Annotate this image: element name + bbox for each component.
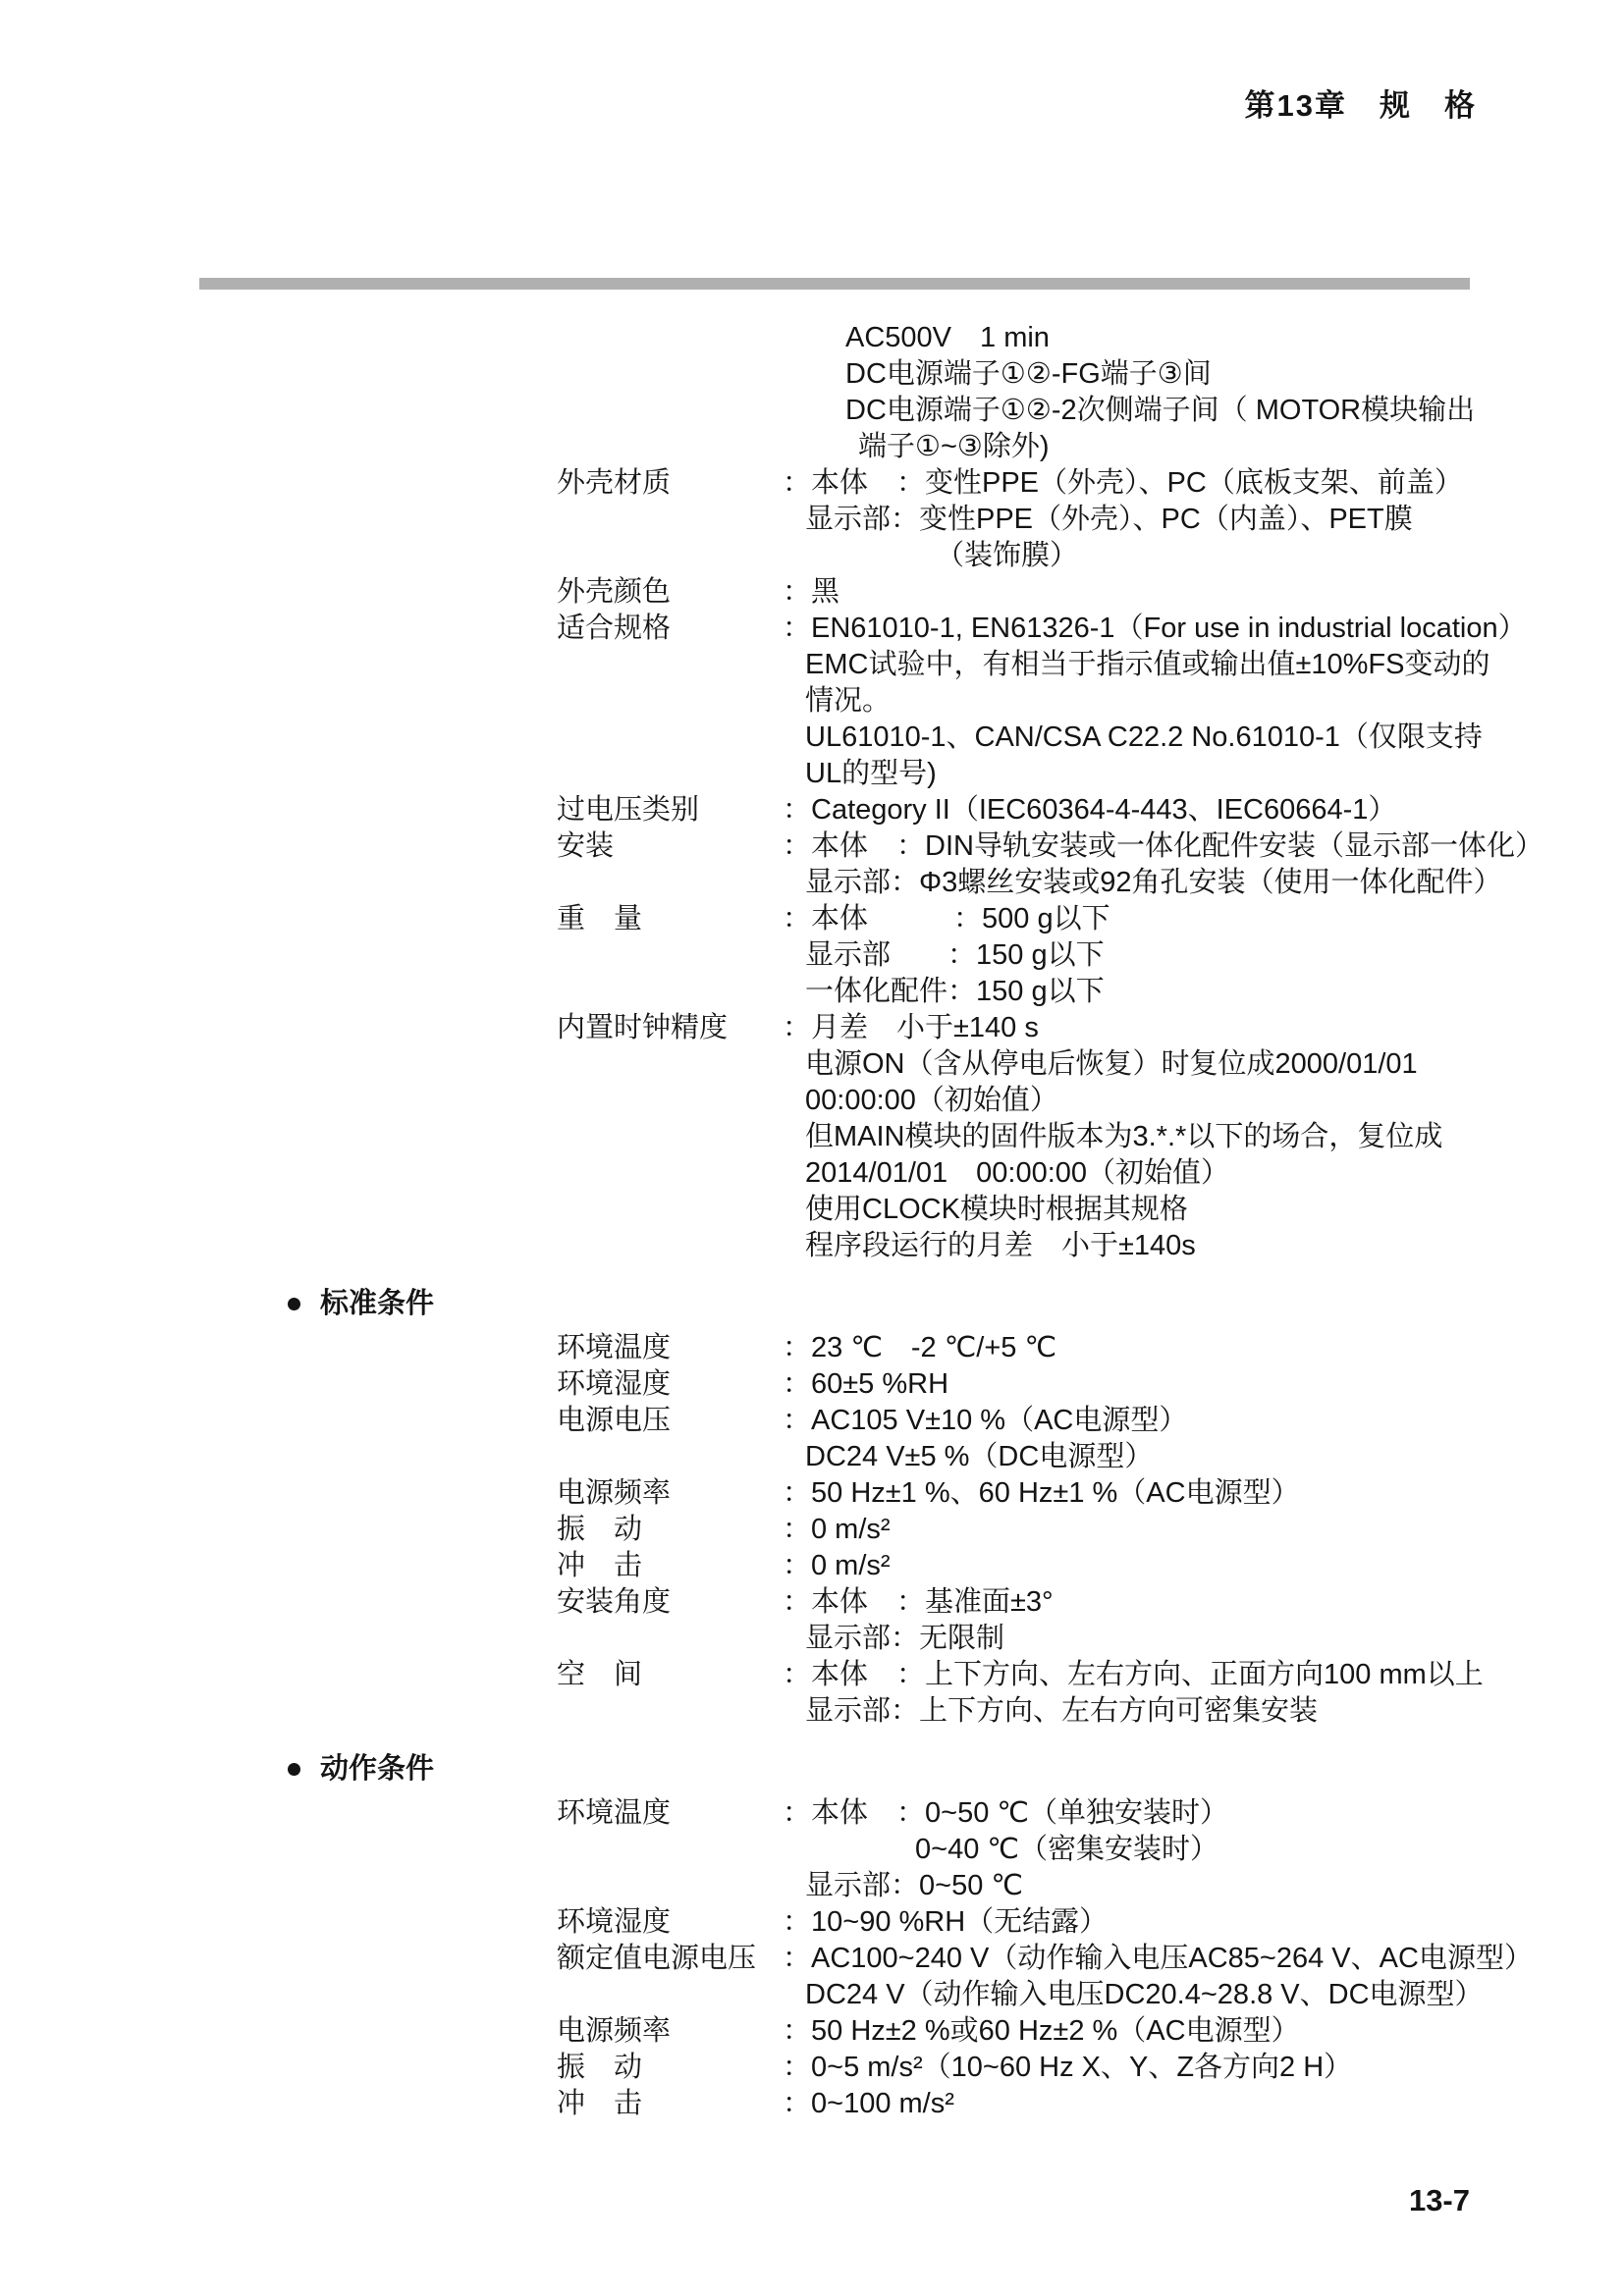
spec-value: ：10~90 %RH（无结露）	[783, 1904, 1108, 1941]
spec-label: 额定值电源电压	[557, 1941, 783, 1977]
section-divider-bar	[199, 278, 1470, 290]
spec-row: DC24 V（动作输入电压DC20.4~28.8 V、DC电源型）	[557, 1977, 1603, 2013]
spec-list: AC500V 1 minDC电源端子①②-FG端子③间DC电源端子①②-2次侧端…	[288, 320, 1603, 2122]
spec-value: 一体化配件：150 g以下	[783, 974, 1105, 1010]
spec-value: UL的型号)	[783, 756, 937, 792]
spec-label	[557, 1439, 783, 1475]
spec-label	[557, 502, 783, 538]
spec-label	[557, 937, 783, 974]
spec-value: ：0~5 m/s²（10~60 Hz X、Y、Z各方向2 H）	[783, 2050, 1352, 2086]
spec-row: 安装：本体 ：DIN导轨安装或一体化配件安装（显示部一体化）	[557, 828, 1603, 865]
spec-label: 电源电压	[557, 1403, 783, 1439]
spec-row: 显示部：Φ3螺丝安装或92角孔安装（使用一体化配件）	[557, 865, 1603, 901]
bullet-icon	[288, 1763, 300, 1776]
spec-label	[557, 756, 783, 792]
spec-label	[557, 1832, 783, 1868]
spec-value: 2014/01/01 00:00:00（初始值）	[783, 1155, 1229, 1192]
spec-label	[557, 538, 783, 574]
spec-value: 00:00:00（初始值）	[783, 1083, 1058, 1119]
spec-row: DC电源端子①②-FG端子③间	[557, 356, 1603, 393]
spec-row: 电源频率：50 Hz±1 %、60 Hz±1 %（AC电源型）	[557, 1475, 1603, 1512]
spec-label: 重 量	[557, 901, 783, 937]
spec-row: DC24 V±5 %（DC电源型）	[557, 1439, 1603, 1475]
spec-row: 使用CLOCK模块时根据其规格	[557, 1192, 1603, 1228]
spec-label: 安装	[557, 828, 783, 865]
spec-row: 显示部：无限制	[557, 1621, 1603, 1657]
spec-value: 程序段运行的月差 小于±140s	[783, 1228, 1196, 1264]
spec-row: 环境湿度：60±5 %RH	[557, 1366, 1603, 1403]
spec-row: 显示部：上下方向、左右方向可密集安装	[557, 1693, 1603, 1730]
spec-row: 端子①~③除外)	[557, 429, 1603, 465]
spec-label	[557, 429, 783, 465]
spec-label	[557, 1977, 783, 2013]
spec-value: ：AC105 V±10 %（AC电源型）	[783, 1403, 1187, 1439]
spec-value: 0~40 ℃（密集安装时）	[783, 1832, 1218, 1868]
spec-label	[557, 320, 783, 356]
spec-label	[557, 647, 783, 683]
spec-label	[557, 683, 783, 720]
spec-value: 显示部：Φ3螺丝安装或92角孔安装（使用一体化配件）	[783, 865, 1502, 901]
chapter-header: 第13章 规 格	[1245, 80, 1477, 125]
spec-row: 外壳颜色：黑	[557, 574, 1603, 611]
spec-label	[557, 1155, 783, 1192]
spec-row: 显示部 ：150 g以下	[557, 937, 1603, 974]
spec-row: 振 动：0~5 m/s²（10~60 Hz X、Y、Z各方向2 H）	[557, 2050, 1603, 2086]
section-title: 动作条件	[320, 1751, 434, 1788]
spec-row: UL61010-1、CAN/CSA C22.2 No.61010-1（仅限支持	[557, 720, 1603, 756]
spec-value: （装饰膜）	[783, 538, 1078, 574]
spec-label: 环境温度	[557, 1330, 783, 1366]
spec-label: 适合规格	[557, 611, 783, 647]
spec-value: ：23 ℃ -2 ℃/+5 ℃	[783, 1330, 1056, 1366]
spec-label	[557, 1192, 783, 1228]
spec-row: EMC试验中，有相当于指示值或输出值±10%FS变动的	[557, 647, 1603, 683]
spec-row: 环境温度：本体 ：0~50 ℃（单独安装时）	[557, 1795, 1603, 1832]
spec-value: ：本体 ：基准面±3°	[783, 1584, 1054, 1621]
spec-label: 振 动	[557, 1512, 783, 1548]
spec-row: （装饰膜）	[557, 538, 1603, 574]
spec-value: 显示部：变性PPE（外壳）、PC（内盖）、PET膜	[783, 502, 1413, 538]
spec-label: 电源频率	[557, 2013, 783, 2050]
spec-row: 显示部：变性PPE（外壳）、PC（内盖）、PET膜	[557, 502, 1603, 538]
spec-value: ：Category II（IEC60364-4-443、IEC60664-1）	[783, 792, 1396, 828]
spec-value: UL61010-1、CAN/CSA C22.2 No.61010-1（仅限支持	[783, 720, 1483, 756]
spec-label: 环境湿度	[557, 1366, 783, 1403]
spec-label	[557, 1119, 783, 1155]
section-title: 标准条件	[320, 1286, 434, 1322]
spec-row: 安装角度：本体 ：基准面±3°	[557, 1584, 1603, 1621]
spec-label: 环境温度	[557, 1795, 783, 1832]
spec-label: 电源频率	[557, 1475, 783, 1512]
spec-label	[557, 356, 783, 393]
spec-row: 程序段运行的月差 小于±140s	[557, 1228, 1603, 1264]
spec-value: EMC试验中，有相当于指示值或输出值±10%FS变动的	[783, 647, 1489, 683]
spec-value: ：月差 小于±140 s	[783, 1010, 1039, 1046]
spec-row: 外壳材质：本体 ：变性PPE（外壳）、PC（底板支架、前盖）	[557, 465, 1603, 502]
spec-value: 显示部：上下方向、左右方向可密集安装	[783, 1693, 1318, 1730]
manual-page: 第13章 规 格 AC500V 1 minDC电源端子①②-FG端子③间DC电源…	[0, 0, 1624, 2296]
spec-value: ：0 m/s²	[783, 1512, 891, 1548]
spec-label	[557, 720, 783, 756]
spec-row: 2014/01/01 00:00:00（初始值）	[557, 1155, 1603, 1192]
spec-value: ：黑	[783, 574, 839, 611]
spec-label	[557, 1693, 783, 1730]
spec-row: 冲 击：0 m/s²	[557, 1548, 1603, 1584]
spec-value: ：50 Hz±2 %或60 Hz±2 %（AC电源型）	[783, 2013, 1300, 2050]
spec-row: 电源ON（含从停电后恢复）时复位成2000/01/01	[557, 1046, 1603, 1083]
spec-value: ：EN61010-1, EN61326-1（For use in industr…	[783, 611, 1527, 647]
spec-value: ：0~100 m/s²	[783, 2086, 954, 2122]
page-number: 13-7	[1409, 2183, 1470, 2218]
spec-row: 内置时钟精度：月差 小于±140 s	[557, 1010, 1603, 1046]
spec-value: ：本体 ：变性PPE（外壳）、PC（底板支架、前盖）	[783, 465, 1463, 502]
spec-value: AC500V 1 min	[783, 320, 1050, 356]
spec-label: 安装角度	[557, 1584, 783, 1621]
spec-row: 电源电压：AC105 V±10 %（AC电源型）	[557, 1403, 1603, 1439]
spec-label	[557, 1621, 783, 1657]
spec-label: 内置时钟精度	[557, 1010, 783, 1046]
spec-label: 过电压类别	[557, 792, 783, 828]
spec-row: 电源频率：50 Hz±2 %或60 Hz±2 %（AC电源型）	[557, 2013, 1603, 2050]
spec-value: 情况。	[783, 683, 891, 720]
spec-value: ：本体 ：DIN导轨安装或一体化配件安装（显示部一体化）	[783, 828, 1543, 865]
spec-value: 显示部 ：150 g以下	[783, 937, 1105, 974]
spec-value: DC24 V±5 %（DC电源型）	[783, 1439, 1153, 1475]
spec-value: 但MAIN模块的固件版本为3.*.*以下的场合，复位成	[783, 1119, 1442, 1155]
spec-row: 环境湿度：10~90 %RH（无结露）	[557, 1904, 1603, 1941]
spec-value: ：0 m/s²	[783, 1548, 891, 1584]
spec-label: 外壳材质	[557, 465, 783, 502]
spec-label	[557, 393, 783, 429]
section-heading: 标准条件	[288, 1286, 1603, 1322]
spec-label	[557, 1228, 783, 1264]
spec-value: ：本体 ：0~50 ℃（单独安装时）	[783, 1795, 1228, 1832]
spec-value: 显示部：无限制	[783, 1621, 1004, 1657]
spec-row: 00:00:00（初始值）	[557, 1083, 1603, 1119]
spec-value: 显示部：0~50 ℃	[783, 1868, 1023, 1904]
spec-row: AC500V 1 min	[557, 320, 1603, 356]
spec-row: 额定值电源电压：AC100~240 V（动作输入电压AC85~264 V、AC电…	[557, 1941, 1603, 1977]
spec-label	[557, 1868, 783, 1904]
spec-row: 冲 击：0~100 m/s²	[557, 2086, 1603, 2122]
spec-value: ：50 Hz±1 %、60 Hz±1 %（AC电源型）	[783, 1475, 1300, 1512]
spec-label: 冲 击	[557, 2086, 783, 2122]
spec-row: UL的型号)	[557, 756, 1603, 792]
spec-row: 环境温度：23 ℃ -2 ℃/+5 ℃	[557, 1330, 1603, 1366]
spec-value: ：60±5 %RH	[783, 1366, 948, 1403]
spec-row: 过电压类别：Category II（IEC60364-4-443、IEC6066…	[557, 792, 1603, 828]
spec-label: 冲 击	[557, 1548, 783, 1584]
spec-value: DC电源端子①②-2次侧端子间（ MOTOR模块输出	[783, 393, 1475, 429]
spec-row: 但MAIN模块的固件版本为3.*.*以下的场合，复位成	[557, 1119, 1603, 1155]
spec-label: 空 间	[557, 1657, 783, 1693]
spec-row: DC电源端子①②-2次侧端子间（ MOTOR模块输出	[557, 393, 1603, 429]
spec-row: 振 动：0 m/s²	[557, 1512, 1603, 1548]
spec-label	[557, 1083, 783, 1119]
spec-label	[557, 974, 783, 1010]
spec-label: 环境湿度	[557, 1904, 783, 1941]
spec-label	[557, 865, 783, 901]
spec-label: 外壳颜色	[557, 574, 783, 611]
spec-row: 重 量：本体 ：500 g以下	[557, 901, 1603, 937]
spec-value: ：AC100~240 V（动作输入电压AC85~264 V、AC电源型）	[783, 1941, 1533, 1977]
spec-value: 端子①~③除外)	[783, 429, 1050, 465]
spec-value: ：本体 ：上下方向、左右方向、正面方向100 mm以上	[783, 1657, 1484, 1693]
spec-row: 空 间：本体 ：上下方向、左右方向、正面方向100 mm以上	[557, 1657, 1603, 1693]
spec-value: DC24 V（动作输入电压DC20.4~28.8 V、DC电源型）	[783, 1977, 1484, 2013]
spec-label: 振 动	[557, 2050, 783, 2086]
spec-row: 显示部：0~50 ℃	[557, 1868, 1603, 1904]
spec-label	[557, 1046, 783, 1083]
spec-row: 情况。	[557, 683, 1603, 720]
bullet-icon	[288, 1298, 300, 1310]
spec-value: 使用CLOCK模块时根据其规格	[783, 1192, 1188, 1228]
spec-row: 0~40 ℃（密集安装时）	[557, 1832, 1603, 1868]
spec-value: ：本体 ：500 g以下	[783, 901, 1110, 937]
spec-row: 适合规格：EN61010-1, EN61326-1（For use in ind…	[557, 611, 1603, 647]
spec-value: 电源ON（含从停电后恢复）时复位成2000/01/01	[783, 1046, 1418, 1083]
section-heading: 动作条件	[288, 1751, 1603, 1788]
spec-row: 一体化配件：150 g以下	[557, 974, 1603, 1010]
spec-value: DC电源端子①②-FG端子③间	[783, 356, 1212, 393]
